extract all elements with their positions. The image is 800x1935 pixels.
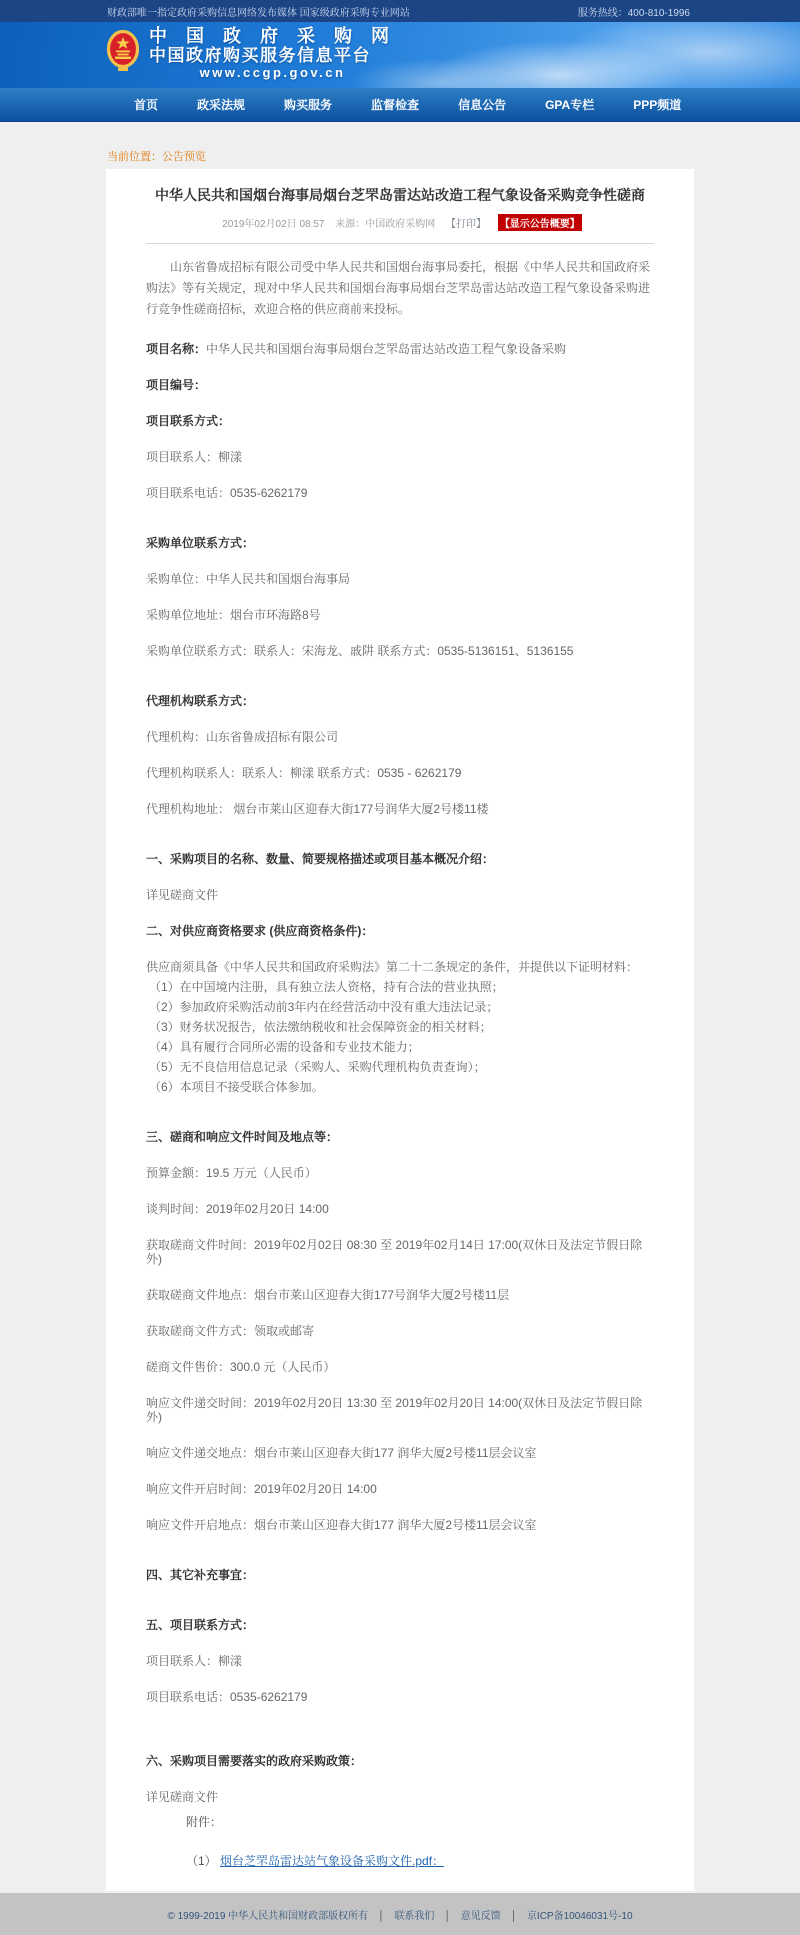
article-paragraph: 项目编号： <box>146 378 654 392</box>
service-hotline: 服务热线：400-810-1996 <box>578 4 690 19</box>
site-tagline: 财政部唯一指定政府采购信息网络发布媒体 国家级政府采购专业网站 <box>107 4 410 19</box>
field-label: 项目联系方式： <box>146 414 230 428</box>
article-paragraph: 获取磋商文件时间：2019年02月02日 08:30 至 2019年02月14日… <box>146 1238 654 1266</box>
footer-icp: 京ICP备10046031号-10 <box>527 1911 633 1922</box>
article-paragraph: 项目联系人：柳漾 <box>146 1654 654 1668</box>
article-paragraph: 供应商须具备《中华人民共和国政府采购法》第二十二条规定的条件，并提供以下证明材料… <box>146 960 654 974</box>
top-utility-bar: 财政部唯一指定政府采购信息网络发布媒体 国家级政府采购专业网站 服务热线：400… <box>0 0 800 22</box>
intro-paragraph: 山东省鲁成招标有限公司受中华人民共和国烟台海事局委托，根据《中华人民共和国政府采… <box>146 257 654 320</box>
spacer <box>146 1582 654 1596</box>
spacer <box>146 1094 654 1108</box>
announcement-card: 中华人民共和国烟台海事局烟台芝罘岛雷达站改造工程气象设备采购竞争性磋商 2019… <box>106 169 694 1891</box>
article-paragraph: 响应文件开启地点：烟台市莱山区迎春大街177 润华大厦2号楼11层会议室 <box>146 1518 654 1532</box>
list-item: （3）财务状况报告，依法缴纳税收和社会保障资金的相关材料； <box>146 1021 654 1034</box>
spacer <box>146 816 654 830</box>
article-paragraph: 磋商文件售价：300.0 元（人民币） <box>146 1360 654 1374</box>
nav-item-2[interactable]: 政采法规 <box>197 88 245 122</box>
announcement-title: 中华人民共和国烟台海事局烟台芝罘岛雷达站改造工程气象设备采购竞争性磋商 <box>106 185 694 205</box>
cloud-decoration <box>560 22 800 88</box>
footer-separator: │ <box>511 1911 517 1922</box>
article-paragraph: 项目联系方式： <box>146 414 654 428</box>
site-logo[interactable]: 中 国 政 府 采 购 网 中国政府购买服务信息平台 www.ccgp.gov.… <box>106 26 396 81</box>
field-label: 项目名称： <box>146 342 206 356</box>
field-label: 项目编号： <box>146 378 206 392</box>
article-paragraph: 响应文件开启时间：2019年02月20日 14:00 <box>146 1482 654 1496</box>
article-paragraph: 详见磋商文件 <box>146 888 654 902</box>
attachments-heading: 附件： <box>186 1813 444 1830</box>
site-subtitle: 中国政府购买服务信息平台 <box>149 46 396 65</box>
footer-link[interactable]: 意见反馈 <box>461 1911 501 1922</box>
article-paragraph: 项目名称：中华人民共和国烟台海事局烟台芝罘岛雷达站改造工程气象设备采购 <box>146 342 654 356</box>
attachment-index: （1） <box>186 1854 220 1868</box>
field-value: 中华人民共和国烟台海事局烟台芝罘岛雷达站改造工程气象设备采购 <box>206 342 566 356</box>
breadcrumb-current: 公告预览 <box>162 151 206 163</box>
article-paragraph: 项目联系电话：0535-6262179 <box>146 486 654 500</box>
announcement-meta: 2019年02月02日 08:57 来源：中国政府采购网 【打印】 【显示公告概… <box>106 214 694 231</box>
article-paragraph: 谈判时间：2019年02月20日 14:00 <box>146 1202 654 1216</box>
article-paragraph: 代理机构联系方式： <box>146 694 654 708</box>
nav-item-4[interactable]: 监督检查 <box>371 88 419 122</box>
article-paragraph: 采购单位：中华人民共和国烟台海事局 <box>146 572 654 586</box>
list-item: （2）参加政府采购活动前3年内在经营活动中没有重大违法记录； <box>146 1001 654 1014</box>
national-emblem-icon <box>106 29 140 78</box>
article-paragraph: 项目联系电话：0535-6262179 <box>146 1690 654 1704</box>
article-body: 山东省鲁成招标有限公司受中华人民共和国烟台海事局委托，根据《中华人民共和国政府采… <box>106 257 694 1804</box>
site-title: 中 国 政 府 采 购 网 <box>149 26 396 46</box>
spacer <box>146 658 654 672</box>
article-paragraph: 获取磋商文件地点：烟台市莱山区迎春大街177号润华大厦2号楼11层 <box>146 1288 654 1302</box>
article-paragraph: 代理机构地址： 烟台市莱山区迎春大街177号润华大厦2号楼11楼 <box>146 802 654 816</box>
footer-link[interactable]: 联系我们 <box>394 1911 434 1922</box>
main-nav: 首页政采法规购买服务监督检查信息公告GPA专栏PPP频道 <box>0 88 800 122</box>
print-button[interactable]: 【打印】 <box>446 219 486 230</box>
list-item: （4）具有履行合同所必需的设备和专业技术能力； <box>146 1041 654 1054</box>
page-footer: © 1999-2019 中华人民共和国财政部版权所有│联系我们│意见反馈│京IC… <box>0 1893 800 1935</box>
article-paragraph: 详见磋商文件 <box>146 1790 654 1804</box>
article-paragraph: 采购单位联系方式：联系人：宋海龙、戚阱 联系方式：0535-5136151、51… <box>146 644 654 658</box>
source-label: 来源：中国政府采购网 <box>335 219 435 230</box>
publish-datetime: 2019年02月02日 08:57 <box>222 219 324 230</box>
section-heading: 三、磋商和响应文件时间及地点等： <box>146 1130 654 1144</box>
article-paragraph: 采购单位联系方式： <box>146 536 654 550</box>
site-url: www.ccgp.gov.cn <box>149 65 396 81</box>
article-paragraph: 项目联系人：柳漾 <box>146 450 654 464</box>
field-label: 代理机构联系方式： <box>146 694 254 708</box>
list-item: （5）无不良信用信息记录（采购人、采购代理机构负责查询）； <box>146 1061 654 1074</box>
spacer <box>146 1704 654 1718</box>
section-heading: 四、其它补充事宜： <box>146 1568 654 1582</box>
footer-separator: │ <box>378 1911 384 1922</box>
section-heading: 五、项目联系方式： <box>146 1618 654 1632</box>
section-heading: 六、采购项目需要落实的政府采购政策： <box>146 1754 654 1768</box>
list-item: （6）本项目不接受联合体参加。 <box>146 1081 654 1094</box>
breadcrumb: 当前位置：公告预览 <box>107 148 800 164</box>
article-paragraph: 采购单位地址：烟台市环海路8号 <box>146 608 654 622</box>
article-paragraph: 响应文件递交时间：2019年02月20日 13:30 至 2019年02月20日… <box>146 1396 654 1424</box>
nav-item-1[interactable]: 首页 <box>134 88 158 122</box>
section-heading: 二、对供应商资格要求 (供应商资格条件)： <box>146 924 654 938</box>
nav-item-3[interactable]: 购买服务 <box>284 88 332 122</box>
footer-separator: │ <box>444 1911 450 1922</box>
section-heading: 一、采购项目的名称、数量、简要规格描述或项目基本概况介绍： <box>146 852 654 866</box>
article-paragraph: 响应文件递交地点：烟台市莱山区迎春大街177 润华大厦2号楼11层会议室 <box>146 1446 654 1460</box>
attachment-link[interactable]: 烟台芝罘岛雷达站气象设备采购文件.pdf： <box>220 1854 444 1868</box>
spacer <box>146 1532 654 1546</box>
attachment-list: （1） 烟台芝罘岛雷达站气象设备采购文件.pdf： <box>186 1852 444 1869</box>
article-paragraph: 代理机构：山东省鲁成招标有限公司 <box>146 730 654 744</box>
article-paragraph: 预算金额：19.5 万元（人民币） <box>146 1166 654 1180</box>
title-divider <box>146 243 654 244</box>
attachments-section: 附件： （1） 烟台芝罘岛雷达站气象设备采购文件.pdf： <box>186 1813 444 1869</box>
field-label: 采购单位联系方式： <box>146 536 254 550</box>
footer-line: © 1999-2019 中华人民共和国财政部版权所有│联系我们│意见反馈│京IC… <box>162 1907 637 1922</box>
nav-item-7[interactable]: PPP频道 <box>633 88 681 122</box>
breadcrumb-prefix: 当前位置： <box>107 151 162 163</box>
article-paragraph: 获取磋商文件方式：领取或邮寄 <box>146 1324 654 1338</box>
attachment-item: （1） 烟台芝罘岛雷达站气象设备采购文件.pdf： <box>186 1852 444 1869</box>
show-summary-button[interactable]: 【显示公告概要】 <box>498 214 582 231</box>
article-paragraph: 代理机构联系人：联系人：柳漾 联系方式：0535 - 6262179 <box>146 766 654 780</box>
list-item: （1）在中国境内注册，具有独立法人资格，持有合法的营业执照； <box>146 981 654 994</box>
spacer <box>146 500 654 514</box>
footer-copyright: © 1999-2019 中华人民共和国财政部版权所有 <box>167 1911 368 1922</box>
site-header: 中 国 政 府 采 购 网 中国政府购买服务信息平台 www.ccgp.gov.… <box>0 22 800 88</box>
nav-item-5[interactable]: 信息公告 <box>458 88 506 122</box>
nav-item-6[interactable]: GPA专栏 <box>545 88 594 122</box>
spacer <box>146 1718 654 1732</box>
